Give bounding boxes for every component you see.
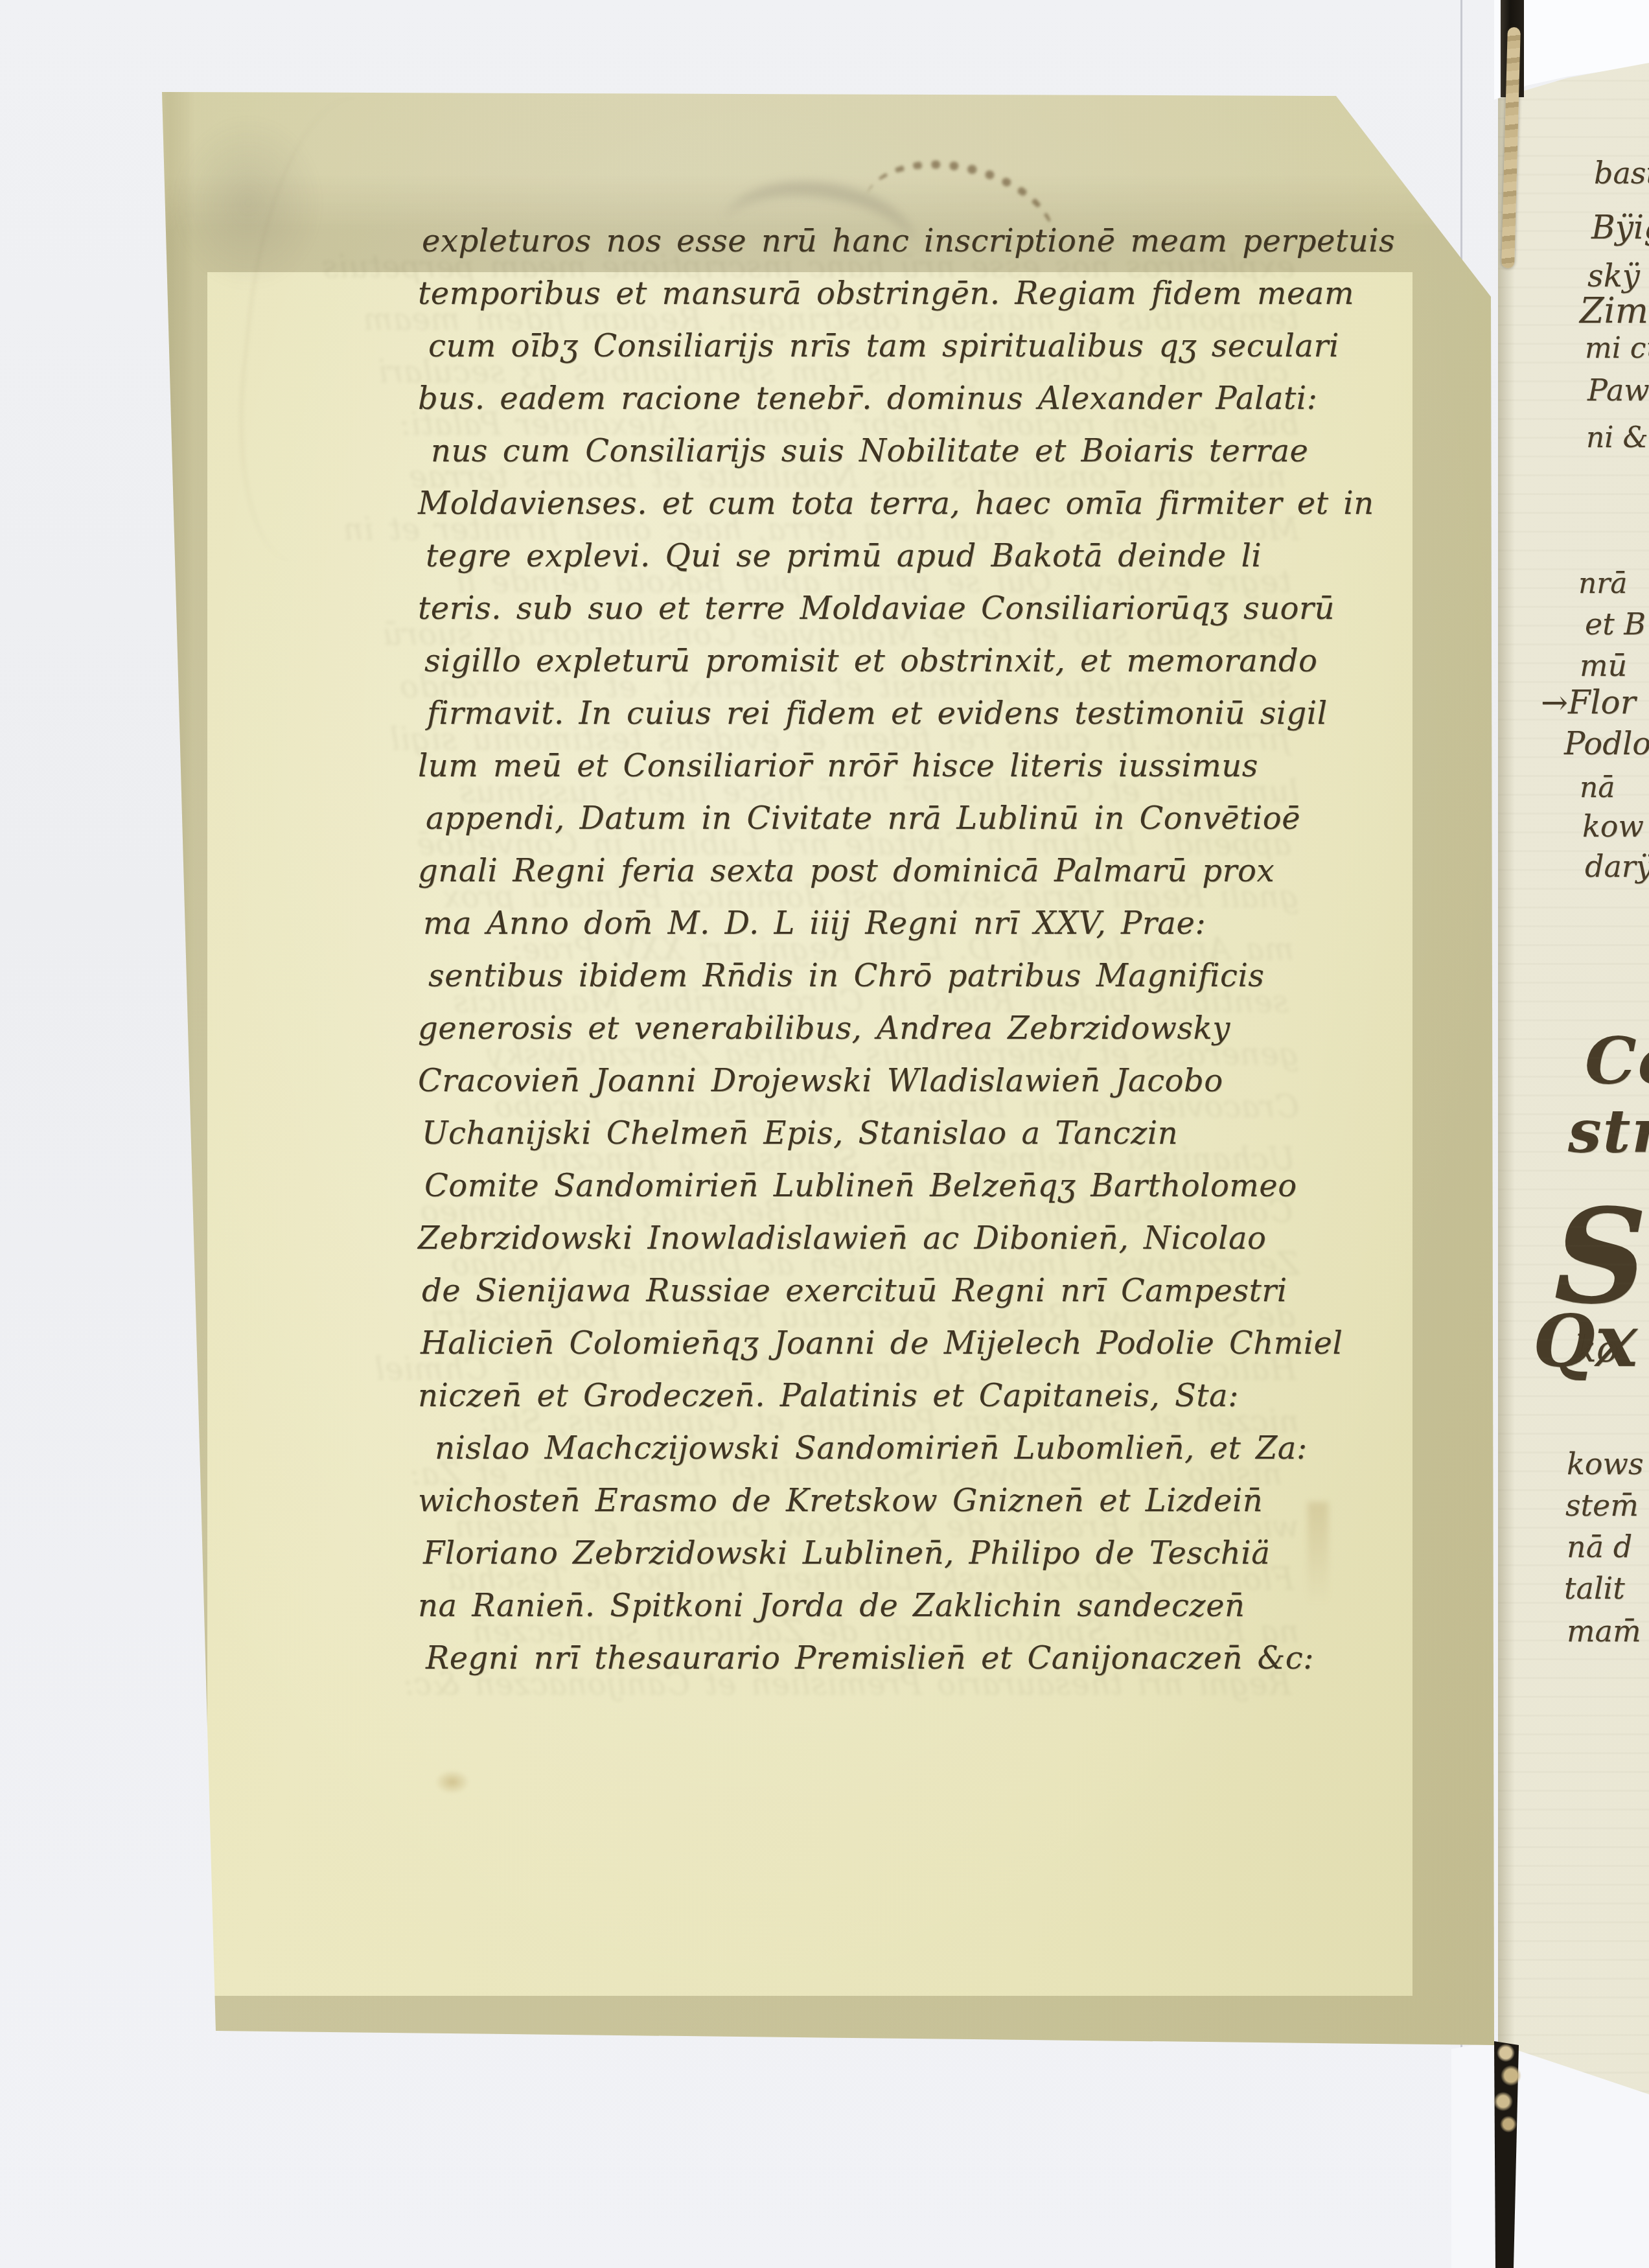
manuscript-line: appendi, Datum in Civitate nrā Lublinū i… [426,793,1325,845]
manuscript-line: nus cum Consiliarijs suis Nobilitate et … [431,425,1325,478]
right-page-fragment: →Flor [1541,684,1636,721]
right-page-fragment: et B [1585,607,1646,642]
manuscript-line: cum oībʒ Consiliarijs nrīs tam spiritual… [428,320,1325,373]
right-page-fragment: basti [1594,156,1649,191]
manuscript-line: bus. eadem racione tenebr̄. dominus Alex… [418,373,1325,425]
right-page-fragment: nrā [1578,567,1628,600]
manuscript-line: tegre explevi. Qui se primū apud Bakotā … [426,530,1325,583]
manuscript-line: Comite Sandomirien̄ Lublinen̄ Belzen̄qʒ … [424,1160,1325,1212]
right-page-fragment: darÿ [1585,849,1649,884]
manuscript-line: generosis et venerabilibus, Andrea Zebrz… [418,1002,1325,1055]
manuscript-line: wichosten̄ Erasmo de Kretskow Gniznen̄ e… [418,1475,1325,1527]
right-page-fragment: ni & [1586,421,1648,454]
right-page-fragment: Pawlo [1587,373,1649,408]
manuscript-line: teris. sub suo et terre Moldaviae Consil… [418,583,1325,635]
binding-thread-loops [1486,2040,1524,2144]
manuscript-line: expleturos nos esse nrū hanc inscription… [422,215,1325,268]
manuscript-line: gnali Regni feria sexta post dominicā Pa… [418,845,1325,897]
right-page-fragment: kows [1567,1446,1644,1481]
right-page-fragment: S [1554,1181,1647,1333]
manuscript-line: sigillo expleturū promisit et obstrinxit… [424,635,1325,688]
right-page-fragment: skÿ [1587,258,1640,294]
right-page-fragment: Podlo [1564,726,1649,762]
manuscript-line: nislao Machczijowski Sandomirien̄ Luboml… [435,1422,1325,1475]
right-page-fragment: mam̄ [1567,1614,1641,1649]
right-page-fragment: kow [1582,809,1644,844]
manuscript-line: lum meū et Consiliarior̄ nrōr̄ hisce lit… [418,740,1325,793]
manuscript-line: na Ranien̄. Spitkoni Jorda de Zaklichin … [418,1580,1325,1632]
right-page-fragment: talit [1564,1571,1625,1606]
manuscript-line: Regni nrī thesaurario Premislien̄ et Can… [426,1632,1325,1685]
manuscript-line: Floriano Zebrzidowski Lublinen̄, Philipo… [423,1527,1325,1580]
manuscript-line: de Sienijawa Russiae exercituū Regni nrī… [422,1265,1325,1317]
right-page-fragment: Zimi [1580,290,1649,331]
right-page-fragment: ko [1574,1328,1619,1371]
manuscript-line: Halicien̄ Colomien̄qʒ Joanni de Mijelech… [421,1317,1325,1370]
manuscript-scan: bastiBÿigskÿZimimi cūPawloni &nrāet Bmū→… [0,0,1649,2268]
right-page-fragment: nā d [1567,1529,1632,1564]
manuscript-line: firmavit. In cuius rei fidem et evidens … [427,688,1325,740]
right-page-fragment: mū [1580,648,1627,683]
right-page-fragment: Bÿig [1591,209,1649,246]
manuscript-line: Uchanijski Chelmen̄ Epis, Stanislao a Ta… [422,1107,1325,1160]
right-page-fragment: mi cū [1585,332,1649,365]
right-page-fragment: strz [1568,1096,1649,1166]
manuscript-line: temporibus et mansurā obstringēn. Regiam… [418,268,1325,320]
manuscript-line: Moldavienses. et cum tota terra, haec om… [418,478,1325,530]
manuscript-line: niczen̄ et Grodeczen̄. Palatinis et Capi… [418,1370,1325,1422]
manuscript-line: Cracovien̄ Joanni Drojewski Wladislawien… [418,1055,1325,1107]
right-page-fragment: Co [1585,1023,1649,1099]
right-page-fragment: Qx [1533,1299,1637,1383]
right-page-fragment: stem̄ [1565,1488,1639,1523]
manuscript-text-block: expleturos nos esse nrū hanc inscription… [418,215,1325,1685]
manuscript-line: ma Anno dom̄ M. D. L iiij Regni nrī XXV,… [423,897,1325,950]
manuscript-line: Zebrzidowski Inowladislawien̄ ac Dibonie… [418,1212,1325,1265]
left-page: expleturos nos esse nrū hanc inscription… [0,0,1649,2268]
manuscript-line: sentibus ibidem Rn̄dis in Chrō patribus … [428,950,1325,1002]
right-page-fragment: nā [1580,771,1615,804]
